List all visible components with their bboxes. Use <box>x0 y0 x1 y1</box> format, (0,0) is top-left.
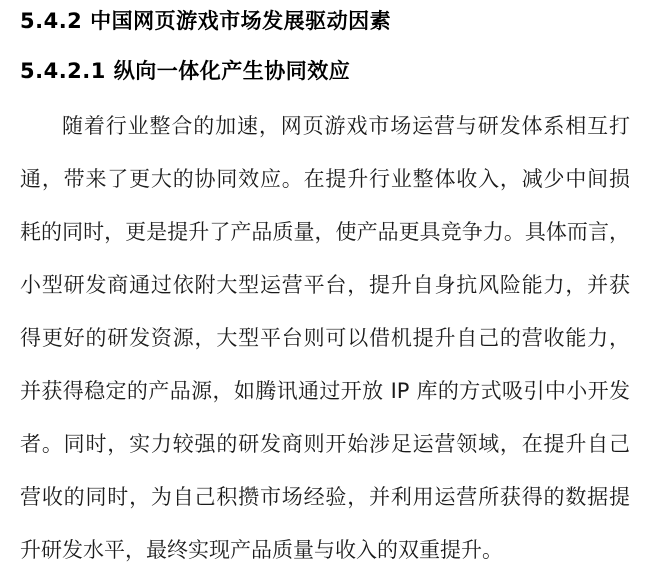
paragraph-line: 通，带来了更大的协同效应。在提升行业整体收入，减少中间损 <box>20 153 630 206</box>
section-heading: 5.4.2 中国网页游戏市场发展驱动因素 <box>20 8 630 34</box>
subsection-heading: 5.4.2.1 纵向一体化产生协同效应 <box>20 58 630 84</box>
paragraph-line: 营收的同时，为自己积攒市场经验，并利用运营所获得的数据提 <box>20 471 630 524</box>
paragraph-line: 耗的同时，更是提升了产品质量，使产品更具竞争力。具体而言， <box>20 206 630 259</box>
document-page: 5.4.2 中国网页游戏市场发展驱动因素 5.4.2.1 纵向一体化产生协同效应… <box>0 0 650 581</box>
paragraph-line: 随着行业整合的加速，网页游戏市场运营与研发体系相互打 <box>20 100 630 153</box>
paragraph-line: 者。同时，实力较强的研发商则开始涉足运营领域，在提升自己 <box>20 418 630 471</box>
paragraph-line: 得更好的研发资源，大型平台则可以借机提升自己的营收能力， <box>20 312 630 365</box>
paragraph-line: 并获得稳定的产品源，如腾讯通过开放 IP 库的方式吸引中小开发 <box>20 365 630 418</box>
paragraph-line: 小型研发商通过依附大型运营平台，提升自身抗风险能力，并获 <box>20 259 630 312</box>
body-paragraph: 随着行业整合的加速，网页游戏市场运营与研发体系相互打 通，带来了更大的协同效应。… <box>20 100 630 577</box>
paragraph-line: 升研发水平，最终实现产品质量与收入的双重提升。 <box>20 524 630 577</box>
